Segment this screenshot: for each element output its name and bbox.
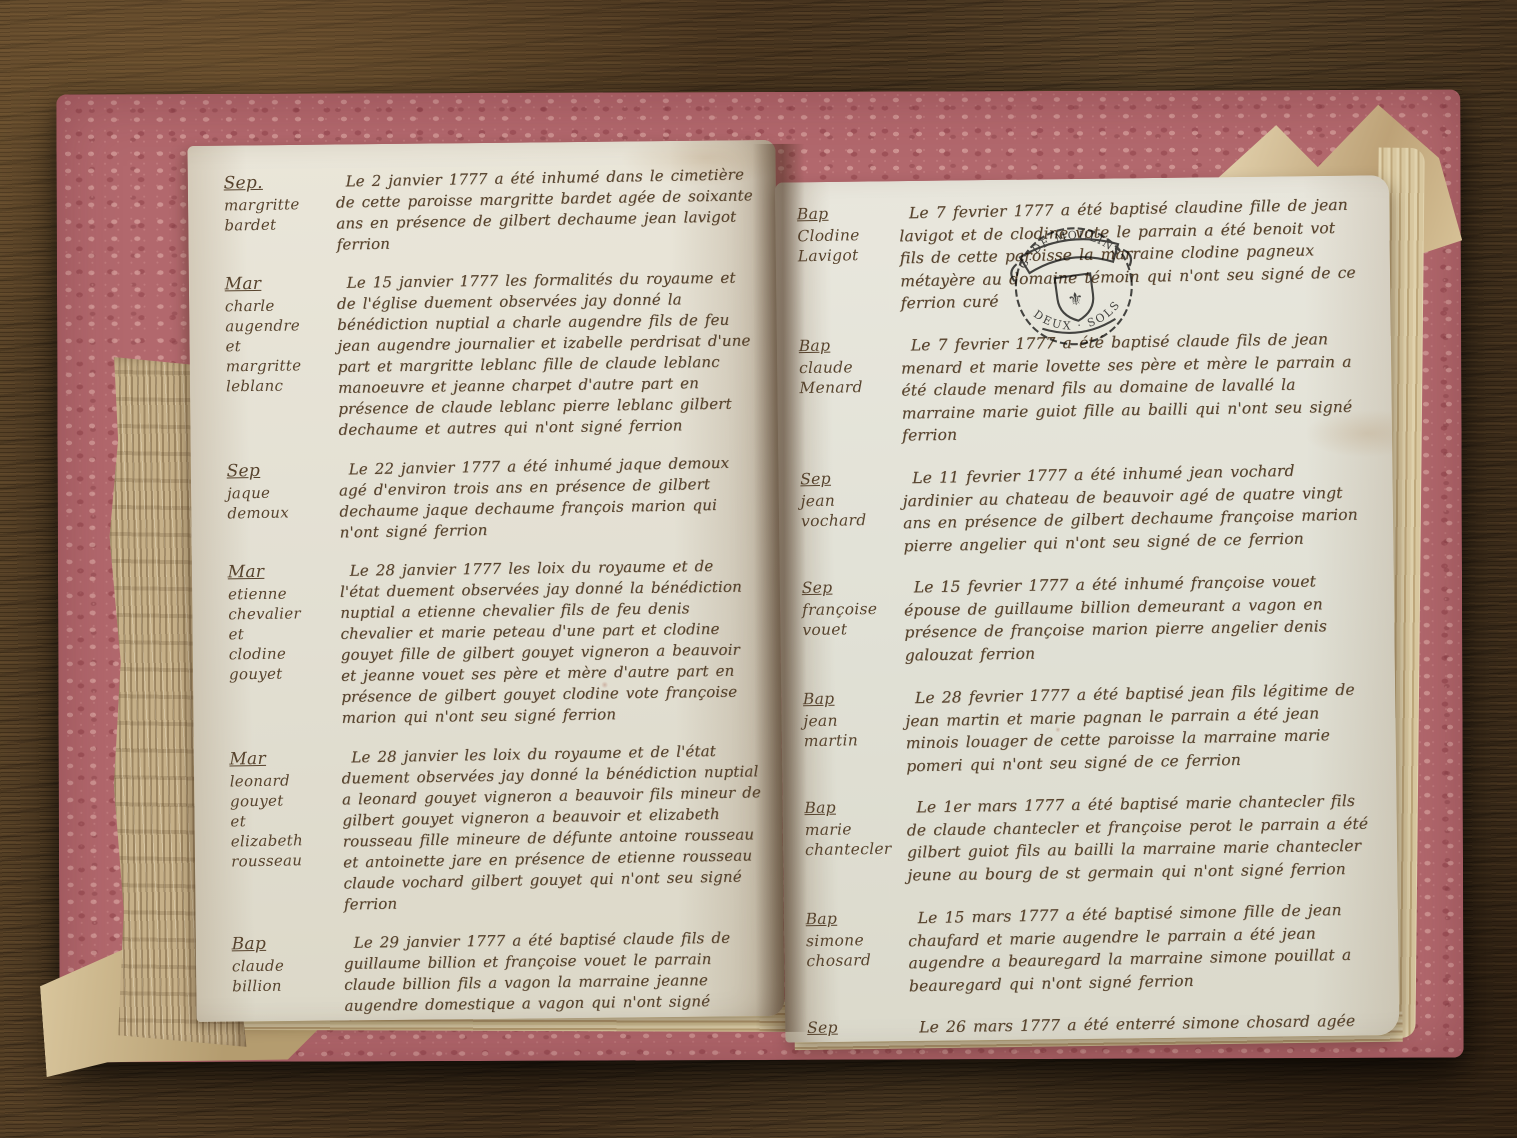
entry-margin-label: clodine: [229, 643, 329, 664]
entry-text: Le 15 fevrier 1777 a été inhumé françois…: [904, 570, 1369, 667]
entry-margin-label: claude: [232, 955, 332, 976]
entry-margin-label: jean: [801, 490, 891, 512]
entry-margin: Sep.margrittebardet: [223, 172, 324, 258]
left-page-entries: Sep.margrittebardet Le 2 janvier 1777 a …: [224, 166, 765, 1022]
entry-margin-label: vochard: [801, 510, 891, 532]
entry-margin-label: elizabeth: [231, 830, 331, 852]
entry-margin: Sepfrançoisevouet: [802, 577, 893, 668]
entry-text: Le 11 fevrier 1777 a été inhumé jean voc…: [902, 458, 1368, 557]
entry-margin-label: rousseau: [231, 850, 331, 872]
svg-text:G. DE MOULINS: G. DE MOULINS: [1012, 222, 1125, 272]
entry-margin-label: etienne: [228, 583, 328, 604]
register-entry: Bapclaudebillion Le 29 janvier 1777 a ét…: [232, 927, 765, 1022]
entry-margin-label: Sep: [802, 577, 892, 598]
entry-margin: Sepjeanvochard: [800, 468, 892, 560]
entry-margin-label: augendre: [225, 315, 325, 336]
entry-margin-label: chevalier: [228, 603, 328, 624]
entry-margin-label: Bap: [799, 334, 889, 355]
entry-margin: BapclaudeMenard: [799, 334, 891, 448]
entry-margin-label: charle: [225, 295, 325, 316]
entry-margin-label: marie: [805, 819, 895, 840]
entry-margin-label: gouyet: [230, 790, 330, 812]
entry-text: Le 2 janvier 1777 a été inhumé dans le c…: [335, 164, 756, 255]
parish-register-book: Sep.margrittebardet Le 2 janvier 1777 a …: [56, 90, 1463, 1063]
entry-margin-label: Sep.: [223, 172, 323, 194]
register-entry: Sepjaquedemoux Le 22 janvier 1777 a été …: [226, 452, 759, 545]
wooden-table: Sep.margrittebardet Le 2 janvier 1777 a …: [0, 0, 1517, 1138]
entry-margin-label: Mar: [229, 748, 329, 770]
entry-margin: Bapclaudebillion: [232, 933, 333, 1022]
register-entry: Sepfrançoisevouet Le 15 fevrier 1777 a é…: [802, 570, 1369, 668]
entry-margin-label: margritte: [226, 355, 326, 376]
entry-margin-label: Sep: [226, 460, 326, 482]
entry-margin: Bapsimonechosard: [805, 908, 897, 1000]
register-entry: Bapjeanmartin Le 28 fevrier 1777 a été b…: [803, 678, 1371, 779]
entry-margin-label: Bap: [797, 203, 887, 225]
entry-margin: Bapjeanmartin: [803, 688, 895, 780]
entry-margin-label: chantecler: [805, 839, 895, 860]
entry-margin-label: et: [230, 810, 330, 832]
entry-margin-label: Bap: [803, 688, 893, 710]
entry-margin-label: Lavigot: [798, 245, 888, 267]
entry-margin-label: gouyet: [229, 663, 329, 684]
entry-margin: Sepsimonechosard: [807, 1017, 898, 1043]
entry-margin-label: jaque: [227, 482, 327, 504]
entry-margin-label: bardet: [224, 214, 324, 236]
entry-text: Le 15 janvier 1777 les formalités du roy…: [337, 267, 759, 440]
entry-text: Le 29 janvier 1777 a été baptisé claude …: [344, 927, 765, 1022]
entry-margin-label: leblanc: [226, 375, 326, 396]
right-page: BapClodineLavigot Le 7 fevrier 1777 a ét…: [775, 175, 1399, 1042]
entry-margin-label: leonard: [230, 770, 330, 792]
entry-margin-label: chosard: [806, 950, 896, 972]
entry-text: Le 22 janvier 1777 a été inhumé jaque de…: [338, 452, 759, 543]
entry-margin-label: Clodine: [797, 225, 887, 247]
entry-margin-label: demoux: [227, 502, 327, 524]
register-entry: Marleonardgouyetetelizabethrousseau Le 2…: [229, 740, 764, 917]
entry-margin-label: et: [225, 335, 325, 356]
entry-margin-label: martin: [804, 730, 894, 752]
entry-margin-label: Mar: [228, 561, 328, 582]
entry-margin-label: vouet: [802, 619, 892, 640]
entry-margin-label: et: [228, 623, 328, 644]
entry-margin-label: claude: [799, 356, 889, 377]
entry-text: Le 28 fevrier 1777 a été baptisé jean fi…: [905, 678, 1371, 777]
moulins-tax-stamp-icon: ⚜ G. DE MOULINS DEUX · SOLS: [984, 191, 1162, 371]
entry-text: Le 28 janvier 1777 les loix du royaume e…: [340, 555, 762, 728]
stamp-fleur-de-lis-icon: ⚜: [1066, 288, 1085, 311]
entry-margin-label: Menard: [799, 376, 889, 397]
register-entry: Bapmariechantecler Le 1er mars 1777 a ét…: [804, 790, 1371, 888]
register-entry: Maretiennechevalieretclodinegouyet Le 28…: [228, 555, 762, 730]
entry-margin: Marcharleaugendreetmargritteleblanc: [225, 273, 327, 442]
entry-margin-label: françoise: [802, 599, 892, 620]
entry-margin-label: Mar: [225, 273, 325, 294]
entry-margin-label: Sep: [807, 1017, 897, 1038]
register-entry: Sep.margrittebardet Le 2 janvier 1777 a …: [223, 164, 756, 257]
entry-text: Le 28 janvier les loix du royaume et de …: [341, 740, 764, 915]
entry-margin: BapClodineLavigot: [797, 203, 889, 317]
entry-margin-label: Bap: [232, 933, 332, 954]
entry-margin-label: Bap: [804, 797, 894, 818]
register-entry: Marcharleaugendreetmargritteleblanc Le 1…: [225, 267, 759, 442]
entry-margin-label: Sep: [800, 468, 890, 490]
entry-margin: Marleonardgouyetetelizabethrousseau: [229, 748, 332, 918]
entry-margin: Maretiennechevalieretclodinegouyet: [228, 561, 330, 730]
entry-margin-label: margritte: [224, 194, 324, 216]
entry-margin-label: Bap: [805, 908, 895, 930]
entry-margin: Bapmariechantecler: [804, 797, 895, 888]
register-entry: Sepjeanvochard Le 11 fevrier 1777 a été …: [800, 458, 1368, 559]
stamp-top-text: G. DE MOULINS: [1012, 222, 1125, 272]
entry-margin-label: jean: [803, 710, 893, 732]
entry-text: Le 1er mars 1777 a été baptisé marie cha…: [906, 790, 1371, 887]
left-page: Sep.margrittebardet Le 2 janvier 1777 a …: [187, 140, 784, 1022]
entry-margin: Sepjaquedemoux: [226, 460, 327, 546]
entry-margin-label: simone: [806, 930, 896, 952]
entry-text: Le 15 mars 1777 a été baptisé simone fil…: [907, 898, 1373, 997]
entry-margin-label: billion: [232, 975, 332, 996]
register-entry: Bapsimonechosard Le 15 mars 1777 a été b…: [805, 898, 1373, 999]
